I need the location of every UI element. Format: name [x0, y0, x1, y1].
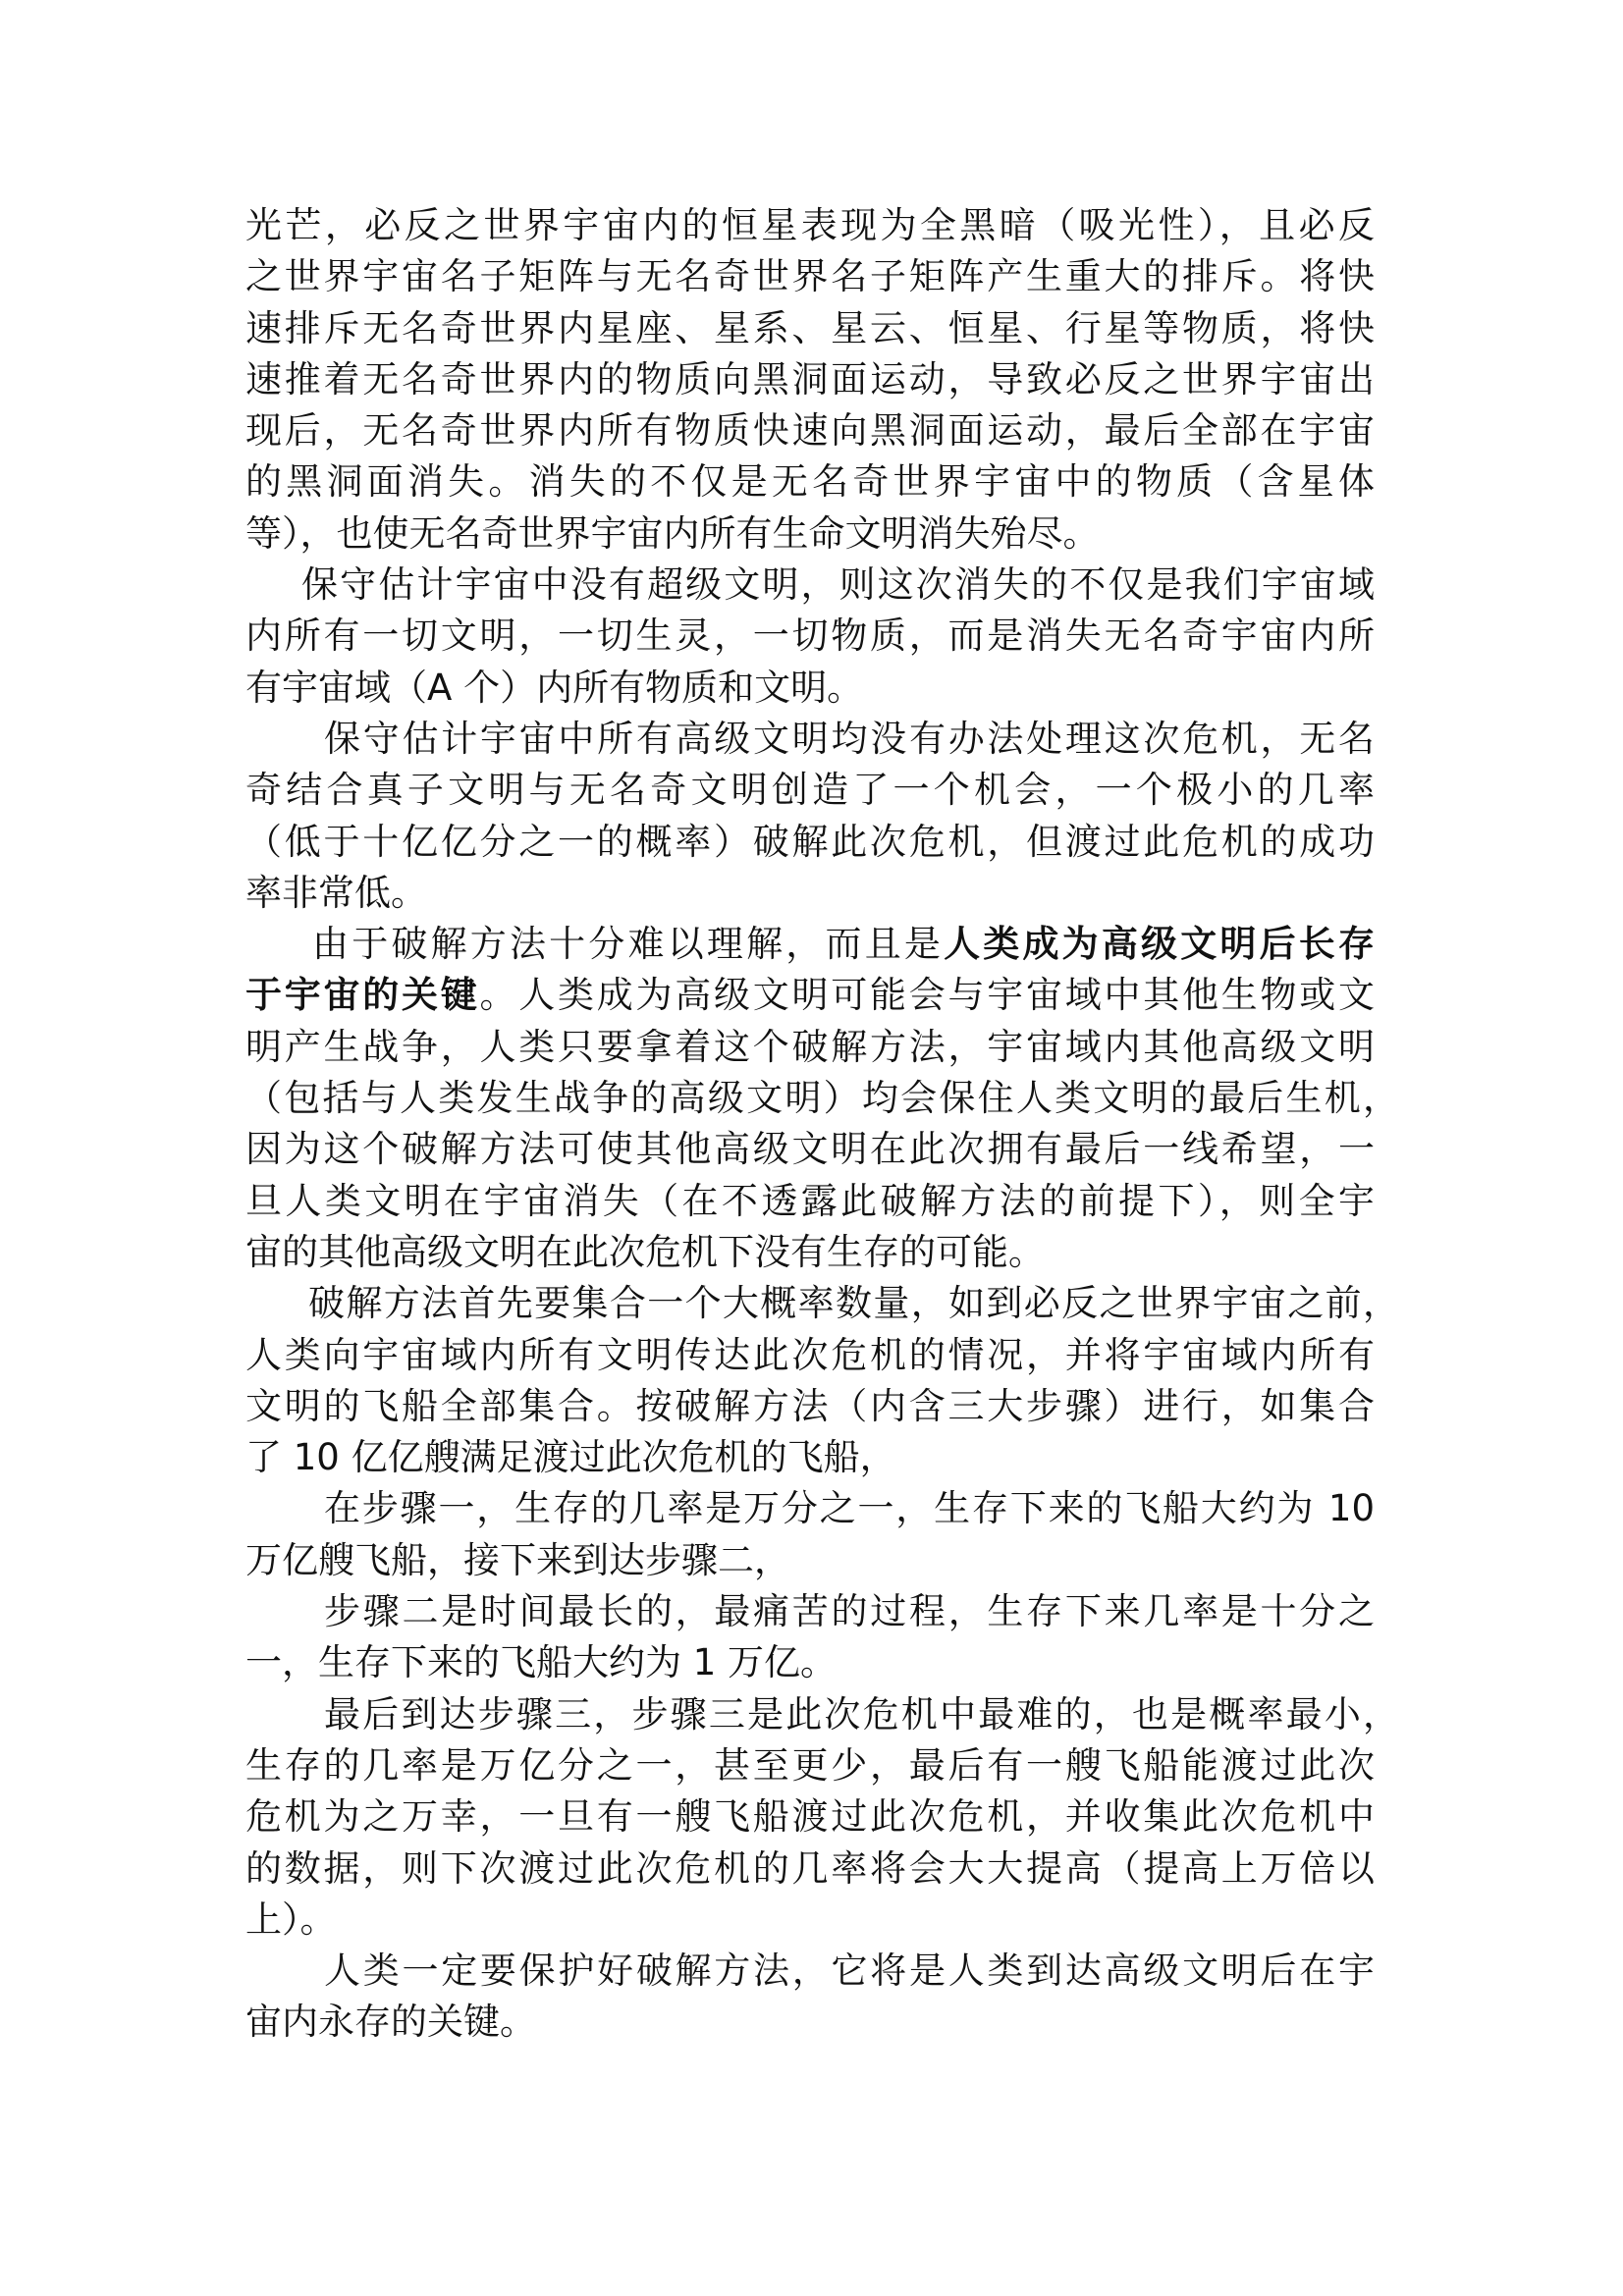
text-line: 于宇宙的关键。人类成为高级文明可能会与宇宙域中其他生物或文: [245, 970, 1375, 1021]
text-line: 内所有一切文明，一切生灵，一切物质，而是消失无名奇宇宙内所: [245, 611, 1375, 662]
text-line: 生存的几率是万亿分之一，甚至更少，最后有一艘飞船能渡过此次: [245, 1740, 1375, 1791]
paragraph-8: 最后到达步骤三，步骤三是此次危机中最难的，也是概率最小， 生存的几率是万亿分之一…: [245, 1689, 1375, 1946]
paragraph-6: 在步骤一，生存的几率是万分之一，生存下来的飞船大约为 10 万亿艘飞船，接下来到…: [245, 1483, 1375, 1586]
text-run: 由于破解方法十分难以理解，而且是: [312, 923, 944, 965]
text-line: （低于十亿亿分之一的概率）破解此次危机，但渡过此危机的成功: [245, 817, 1375, 868]
bold-emphasis: 于宇宙的关键: [245, 974, 480, 1016]
text-line: 现后，无名奇世界内所有物质快速向黑洞面运动，最后全部在宇宙: [245, 405, 1375, 456]
text-line: 人类一定要保护好破解方法，它将是人类到达高级文明后在宇: [245, 1946, 1375, 1997]
text-line: 因为这个破解方法可使其他高级文明在此次拥有最后一线希望，一: [245, 1124, 1375, 1175]
text-line: 了 10 亿亿艘满足渡过此次危机的飞船，: [245, 1432, 1375, 1483]
text-line: 上）。: [245, 1895, 1375, 1946]
text-line: 在步骤一，生存的几率是万分之一，生存下来的飞船大约为 10: [245, 1483, 1375, 1534]
text-line: （包括与人类发生战争的高级文明）均会保住人类文明的最后生机，: [245, 1073, 1399, 1124]
text-line: 光芒，必反之世界宇宙内的恒星表现为全黑暗（吸光性），且必反: [245, 200, 1375, 251]
text-line: 有宇宙域（A 个）内所有物质和文明。: [245, 663, 1375, 714]
paragraph-3: 保守估计宇宙中所有高级文明均没有办法处理这次危机，无名 奇结合真子文明与无名奇文…: [245, 714, 1375, 919]
text-line: 速推着无名奇世界内的物质向黑洞面运动，导致必反之世界宇宙出: [245, 354, 1375, 405]
text-line: 等），也使无名奇世界宇宙内所有生命文明消失殆尽。: [245, 508, 1375, 560]
bold-emphasis: 人类成为高级文明后长存: [944, 923, 1375, 965]
text-line: 旦人类文明在宇宙消失（在不透露此破解方法的前提下），则全宇: [245, 1176, 1375, 1227]
text-line: 人类向宇宙域内所有文明传达此次危机的情况，并将宇宙域内所有: [245, 1330, 1375, 1381]
text-line: 明产生战争，人类只要拿着这个破解方法，宇宙域内其他高级文明: [245, 1022, 1375, 1073]
text-line: 危机为之万幸，一旦有一艘飞船渡过此次危机，并收集此次危机中: [245, 1791, 1375, 1842]
text-line: 率非常低。: [245, 868, 1375, 919]
document-page: 光芒，必反之世界宇宙内的恒星表现为全黑暗（吸光性），且必反 之世界宇宙名子矩阵与…: [0, 0, 1623, 2296]
text-run: 。人类成为高级文明可能会与宇宙域中其他生物或文: [480, 974, 1376, 1016]
paragraph-9: 人类一定要保护好破解方法，它将是人类到达高级文明后在宇 宙内永存的关键。: [245, 1946, 1375, 2049]
paragraph-1: 光芒，必反之世界宇宙内的恒星表现为全黑暗（吸光性），且必反 之世界宇宙名子矩阵与…: [245, 200, 1375, 560]
text-line: 万亿艘飞船，接下来到达步骤二，: [245, 1535, 1375, 1586]
text-line: 保守估计宇宙中所有高级文明均没有办法处理这次危机，无名: [245, 714, 1375, 765]
text-line: 最后到达步骤三，步骤三是此次危机中最难的，也是概率最小，: [245, 1689, 1399, 1740]
text-line: 速排斥无名奇世界内星座、星系、星云、恒星、行星等物质，将快: [245, 303, 1375, 354]
text-line: 宙的其他高级文明在此次危机下没有生存的可能。: [245, 1227, 1375, 1278]
text-line: 的数据，则下次渡过此次危机的几率将会大大提高（提高上万倍以: [245, 1843, 1375, 1895]
text-line: 宙内永存的关键。: [245, 1997, 1375, 2048]
text-line: 的黑洞面消失。消失的不仅是无名奇世界宇宙中的物质（含星体: [245, 456, 1375, 507]
paragraph-4: 由于破解方法十分难以理解，而且是人类成为高级文明后长存 于宇宙的关键。人类成为高…: [245, 919, 1375, 1278]
text-line: 步骤二是时间最长的，最痛苦的过程，生存下来几率是十分之: [245, 1586, 1375, 1637]
document-body: 光芒，必反之世界宇宙内的恒星表现为全黑暗（吸光性），且必反 之世界宇宙名子矩阵与…: [245, 200, 1375, 2049]
text-line: 之世界宇宙名子矩阵与无名奇世界名子矩阵产生重大的排斥。将快: [245, 251, 1375, 302]
paragraph-7: 步骤二是时间最长的，最痛苦的过程，生存下来几率是十分之 一，生存下来的飞船大约为…: [245, 1586, 1375, 1689]
text-line: 由于破解方法十分难以理解，而且是人类成为高级文明后长存: [245, 919, 1375, 970]
text-line: 一，生存下来的飞船大约为 1 万亿。: [245, 1637, 1375, 1688]
paragraph-5: 破解方法首先要集合一个大概率数量，如到必反之世界宇宙之前， 人类向宇宙域内所有文…: [245, 1278, 1375, 1483]
text-line: 奇结合真子文明与无名奇文明创造了一个机会，一个极小的几率: [245, 765, 1375, 816]
text-line: 破解方法首先要集合一个大概率数量，如到必反之世界宇宙之前，: [245, 1278, 1399, 1329]
text-line: 文明的飞船全部集合。按破解方法（内含三大步骤）进行，如集合: [245, 1381, 1375, 1432]
text-line: 保守估计宇宙中没有超级文明，则这次消失的不仅是我们宇宙域: [245, 560, 1375, 611]
paragraph-2: 保守估计宇宙中没有超级文明，则这次消失的不仅是我们宇宙域 内所有一切文明，一切生…: [245, 560, 1375, 714]
